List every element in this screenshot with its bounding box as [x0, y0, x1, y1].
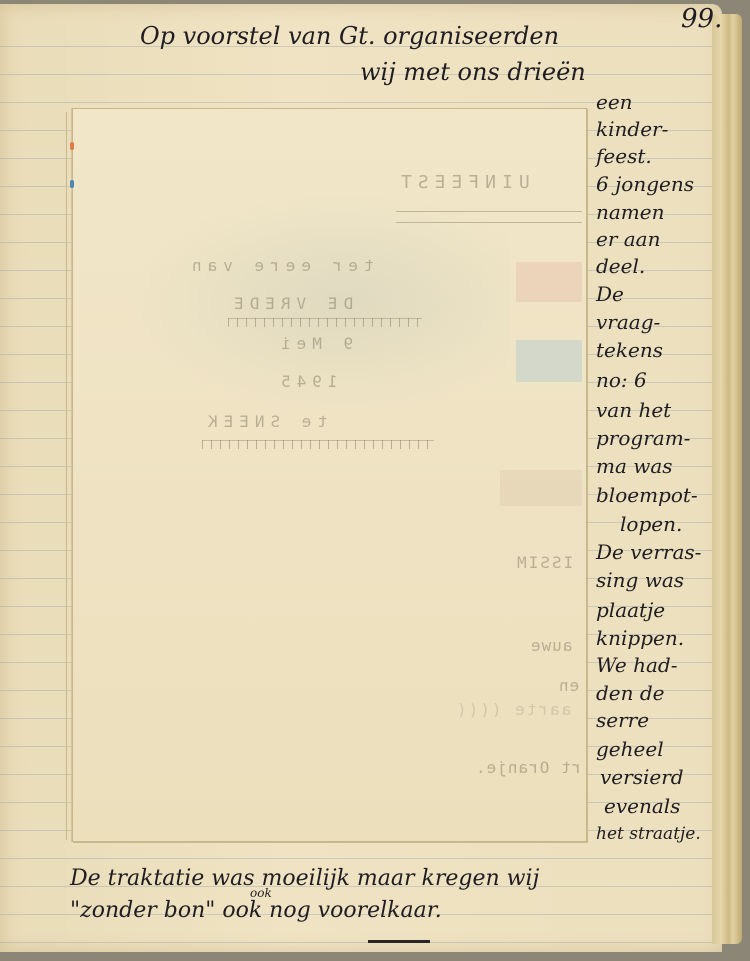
col-line: sing was: [596, 566, 684, 594]
col-line: plaatje: [596, 596, 665, 624]
col-line: deel.: [596, 252, 645, 280]
mirrored-fragment-a: ISSIM: [515, 553, 573, 572]
mirrored-fragment-b: auwe: [530, 636, 573, 655]
handwriting-bottom-line-1: De traktatie was moeilijk maar kregen wi…: [70, 866, 539, 891]
handwriting-bottom-line-2: "zonder bon" ook nog voorelkaar.: [70, 898, 442, 923]
title-rule-2: [396, 222, 582, 223]
col-line: geheel: [596, 735, 664, 763]
col-line: van het: [596, 396, 671, 424]
mirrored-line-9-mei: 9 Mei: [275, 334, 353, 353]
mirrored-fragment-e: rt Oranje.: [475, 758, 581, 777]
faint-patch: [500, 470, 582, 506]
col-line: tekens: [596, 336, 663, 364]
title-rule-1: [396, 211, 582, 212]
mirrored-line-te-sneek: te SNEEK: [202, 412, 327, 431]
handwriting-top-line-1: Op voorstel van Gt. organiseerden: [140, 22, 559, 50]
col-line: den de: [596, 679, 665, 707]
col-line: serre: [596, 706, 649, 734]
col-line: bloempot-: [596, 481, 698, 509]
col-line: versierd: [600, 763, 684, 791]
mirrored-underline-ticks-2: [202, 440, 434, 449]
col-line: We had-: [596, 651, 677, 679]
orange-ink-mark: [70, 142, 74, 150]
col-line: De verras-: [596, 538, 701, 566]
col-line: 6 jongens: [596, 170, 694, 198]
col-line: er aan: [596, 225, 660, 253]
col-line: no: 6: [596, 366, 647, 394]
pink-patch: [516, 262, 582, 302]
col-line: lopen.: [620, 510, 682, 538]
col-line: kinder-: [596, 115, 668, 143]
col-line: het straatje.: [596, 820, 701, 848]
col-line: feest.: [596, 142, 652, 170]
mirrored-line-1945: 1945: [275, 372, 338, 391]
col-line: een: [596, 88, 633, 116]
col-line: program-: [596, 424, 690, 452]
mirrored-title: UINFEEST: [395, 172, 530, 193]
col-line: vraag-: [596, 308, 660, 336]
col-line: De: [596, 280, 624, 308]
col-line: evenals: [604, 792, 680, 820]
mirrored-fragment-c: en: [558, 676, 579, 695]
mirrored-line-ter-eere-van: ter eere van: [186, 256, 374, 275]
handwriting-top-line-2: wij met ons drieën: [360, 58, 586, 86]
page-stack-edge: [712, 14, 742, 944]
mirrored-line-de-vrede: DE VREDE: [228, 294, 353, 313]
col-line: namen: [596, 198, 665, 226]
blue-patch: [516, 340, 582, 382]
mirrored-underline-ticks-1: [228, 318, 422, 327]
blue-ink-mark: [70, 180, 74, 188]
col-line: knippen.: [596, 624, 684, 652]
mirrored-fragment-d: aarte ((((: [455, 700, 571, 719]
page-number: 99.: [681, 4, 722, 34]
closing-rule: [368, 940, 430, 943]
col-line: ma was: [596, 452, 673, 480]
